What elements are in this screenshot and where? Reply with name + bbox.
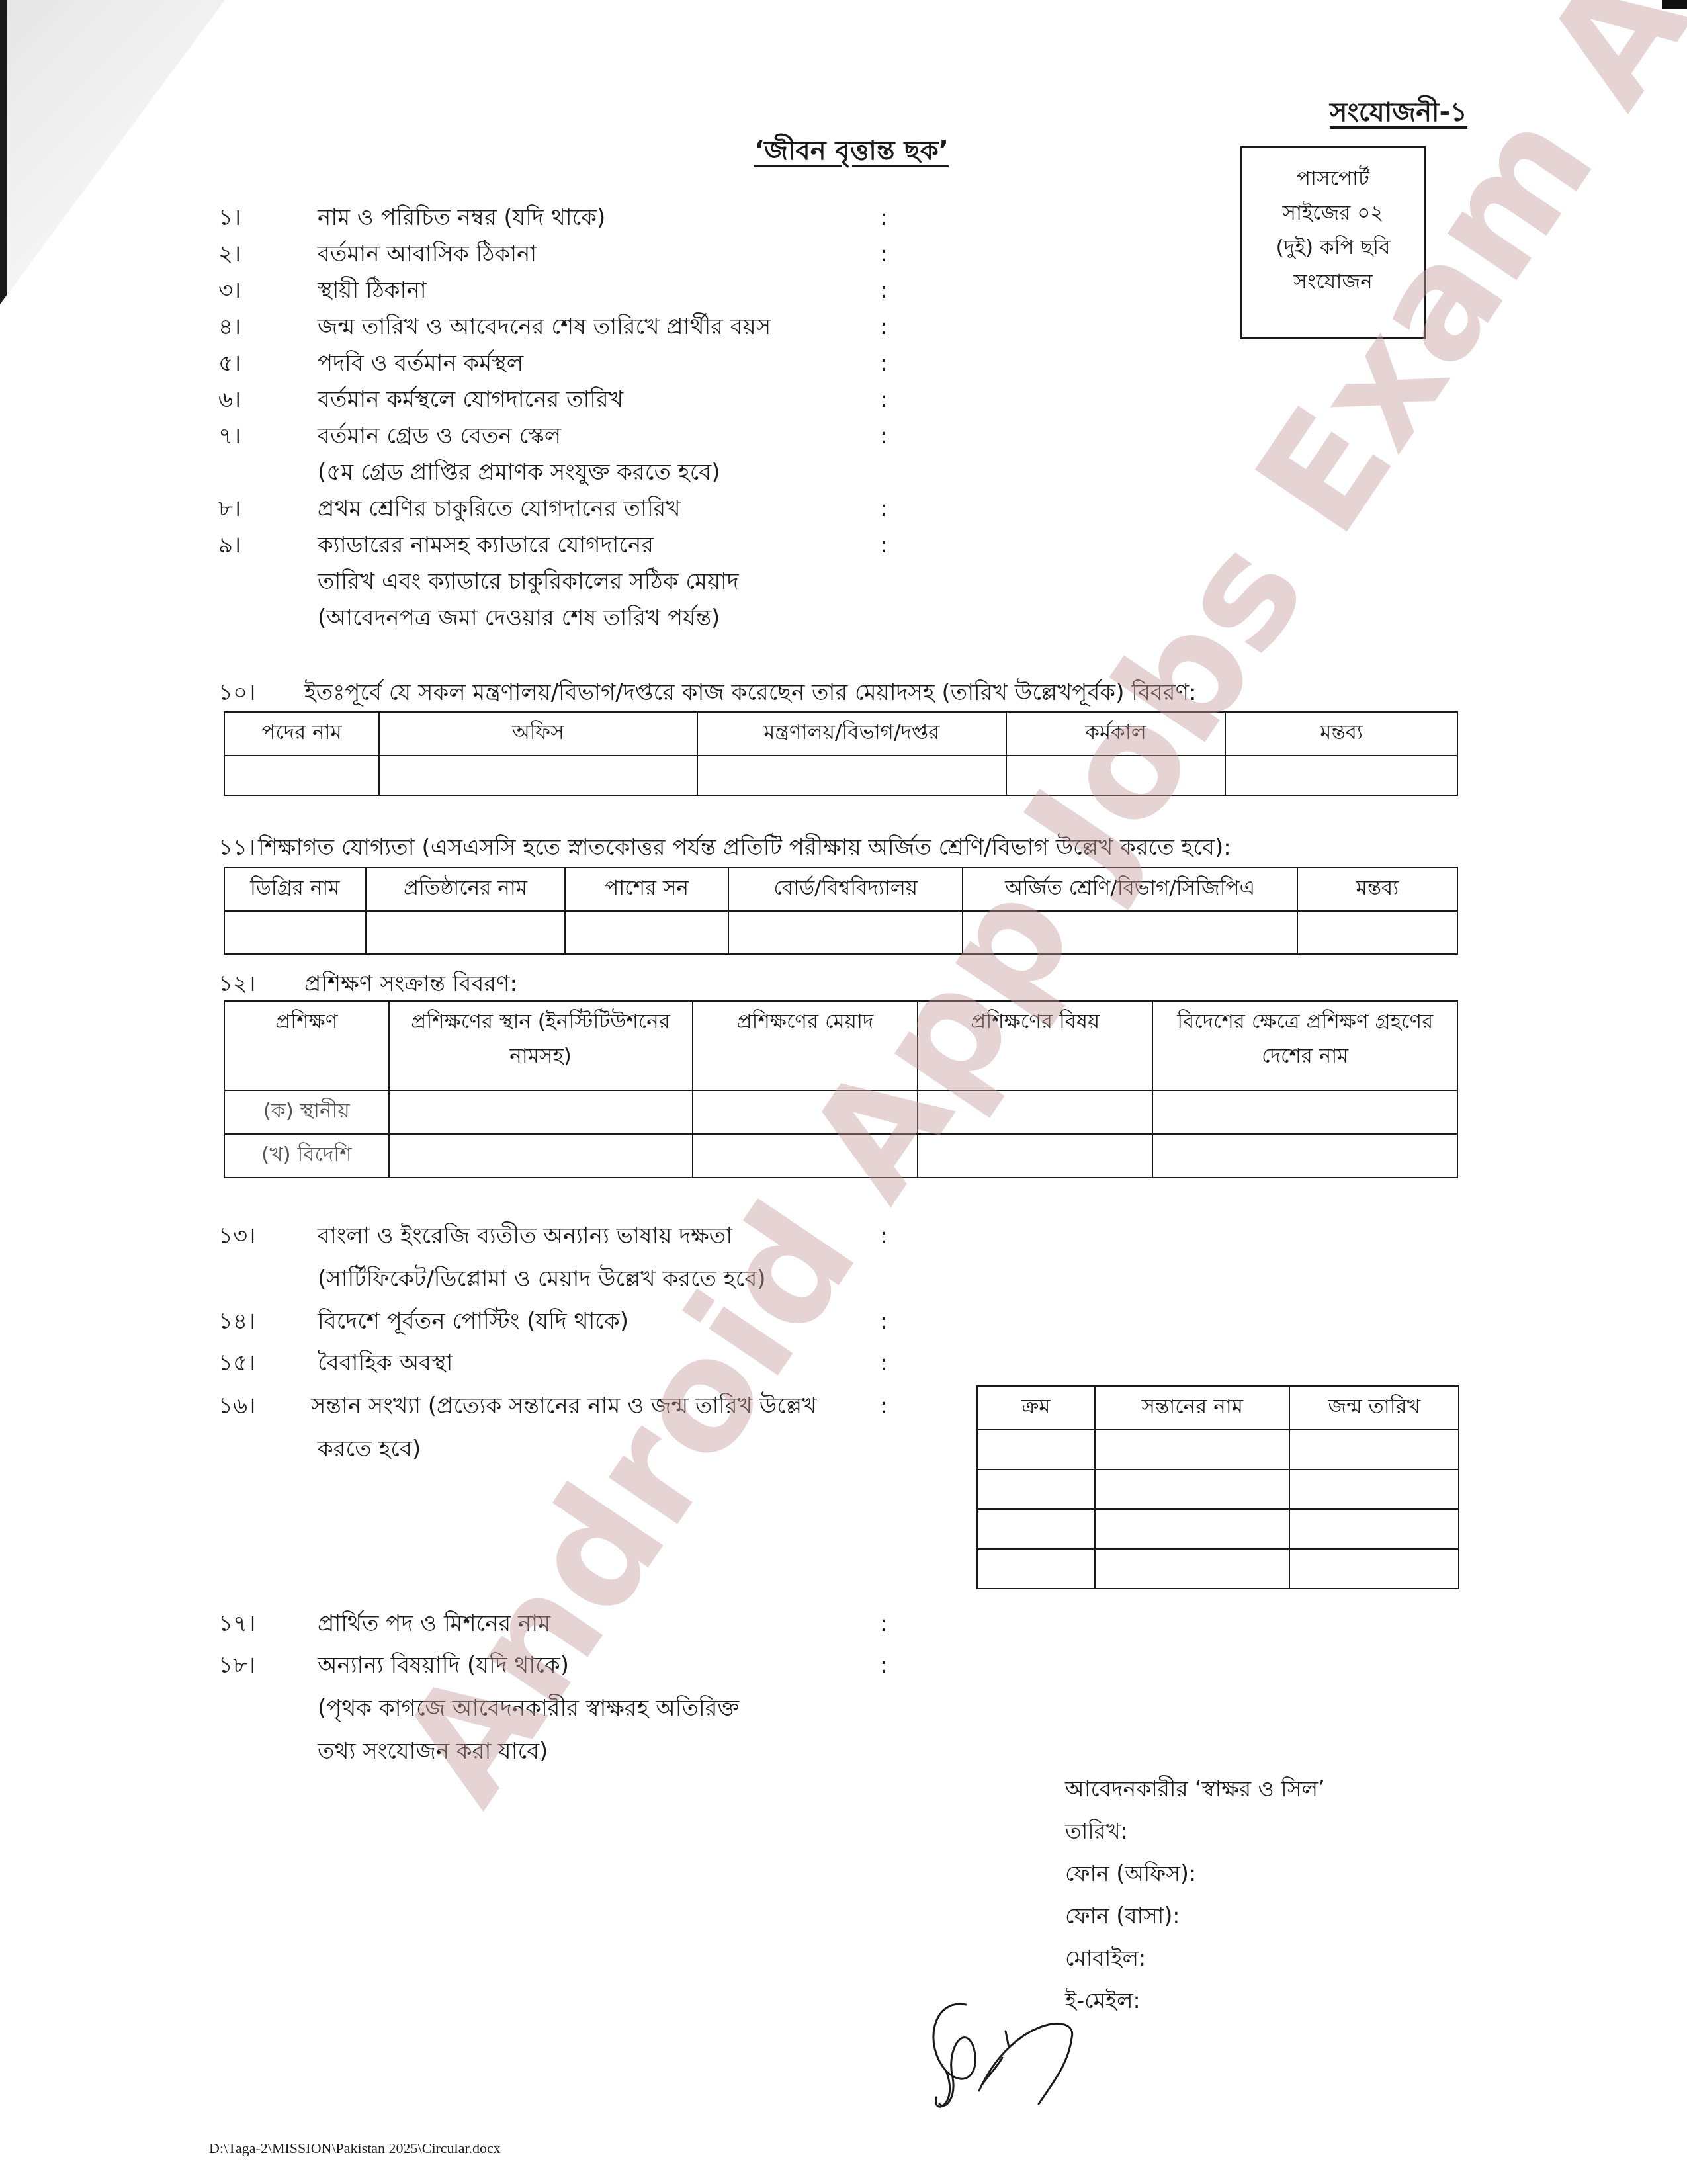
photo-box-line: পাসপোর্ট xyxy=(1242,161,1424,196)
handwritten-signature xyxy=(920,1991,1092,2117)
empty-input-cell[interactable] xyxy=(565,911,728,954)
item-number: ৪। xyxy=(218,309,284,345)
email-label: ই-মেইল: xyxy=(1065,1980,1325,2022)
column-header: ডিগ্রির নাম xyxy=(224,867,366,911)
empty-input-cell[interactable] xyxy=(379,756,697,795)
item-number: ১০। xyxy=(218,676,304,709)
empty-input-cell[interactable] xyxy=(1297,911,1457,954)
item-number: ৩। xyxy=(218,273,284,309)
item-colon: : xyxy=(880,1218,887,1254)
empty-input-cell[interactable] xyxy=(693,1090,918,1134)
empty-input-cell[interactable] xyxy=(1289,1469,1459,1509)
children-table: ক্রমসন্তানের নামজন্ম তারিখ xyxy=(976,1385,1459,1589)
empty-input-cell[interactable] xyxy=(697,756,1006,795)
item-7-note: (৫ম গ্রেড প্রাপ্তির প্রমাণক সংযুক্ত করতে… xyxy=(318,455,720,491)
empty-input-cell[interactable] xyxy=(977,1549,1095,1589)
table-row xyxy=(224,756,1457,795)
empty-input-cell[interactable] xyxy=(1095,1430,1290,1469)
scanned-page: সংযোজনী-১ ‘জীবন বৃত্তান্ত ছক’ পাসপোর্ট স… xyxy=(0,0,1687,2184)
empty-input-cell[interactable] xyxy=(389,1090,693,1134)
training-table: প্রশিক্ষণপ্রশিক্ষণের স্থান (ইনস্টিটিউশনে… xyxy=(224,1000,1458,1178)
item-number: ১৪। xyxy=(218,1303,284,1340)
column-header: মন্তব্য xyxy=(1225,712,1457,756)
item-label: বর্তমান আবাসিক ঠিকানা xyxy=(318,236,537,273)
table-header-row: ডিগ্রির নামপ্রতিষ্ঠানের নামপাশের সনবোর্ড… xyxy=(224,867,1457,911)
empty-input-cell[interactable] xyxy=(224,911,366,954)
column-header: প্রশিক্ষণের মেয়াদ xyxy=(693,1001,918,1090)
item-colon: : xyxy=(880,1345,887,1381)
mobile-label: মোবাইল: xyxy=(1065,1937,1325,1980)
item-number: ১৭। xyxy=(218,1606,284,1642)
item-colon: : xyxy=(880,418,887,455)
column-header: কর্মকাল xyxy=(1006,712,1225,756)
section-heading-text: প্রশিক্ষণ সংক্রান্ত বিবরণ: xyxy=(304,971,517,997)
item-number: ৮। xyxy=(218,491,284,527)
item-18-note-1: (পৃথক কাগজে আবেদনকারীর স্বাক্ষরহ অতিরিক্… xyxy=(318,1690,739,1727)
item-number: ১১। xyxy=(218,831,258,864)
column-header: পাশের সন xyxy=(565,867,728,911)
photo-box-line: (দুই) কপি ছবি xyxy=(1242,230,1424,265)
column-header: অর্জিত শ্রেণি/বিভাগ/সিজিপিএ xyxy=(963,867,1297,911)
photo-box: পাসপোর্ট সাইজের ০২ (দুই) কপি ছবি সংযোজন xyxy=(1240,146,1426,339)
column-header: প্রশিক্ষণের বিষয় xyxy=(918,1001,1152,1090)
item-label: জন্ম তারিখ ও আবেদনের শেষ তারিখে প্রার্থী… xyxy=(318,309,771,345)
date-field-label: তারিখ: xyxy=(1065,1810,1325,1853)
item-label: নাম ও পরিচিত নম্বর (যদি থাকে) xyxy=(318,200,605,236)
empty-input-cell[interactable] xyxy=(1225,756,1457,795)
section-10-heading: ১০।ইতঃপূর্বে যে সকল মন্ত্রণালয়/বিভাগ/দপ… xyxy=(218,676,1197,709)
row-label-cell: (ক) স্থানীয় xyxy=(224,1090,389,1134)
table-row xyxy=(977,1549,1459,1589)
column-header: অফিস xyxy=(379,712,697,756)
item-16-note: করতে হবে) xyxy=(318,1431,421,1467)
item-label: বিদেশে পূর্বতন পোস্টিং (যদি থাকে) xyxy=(318,1303,628,1340)
photo-box-line: সংযোজন xyxy=(1242,265,1424,299)
column-header: প্রতিষ্ঠানের নাম xyxy=(366,867,566,911)
item-colon: : xyxy=(880,382,887,418)
item-number: ১২। xyxy=(218,967,304,1000)
folded-corner xyxy=(0,0,225,304)
education-table: ডিগ্রির নামপ্রতিষ্ঠানের নামপাশের সনবোর্ড… xyxy=(224,867,1458,955)
item-colon: : xyxy=(880,1303,887,1340)
table-header-row: ক্রমসন্তানের নামজন্ম তারিখ xyxy=(977,1386,1459,1430)
empty-input-cell[interactable] xyxy=(1289,1430,1459,1469)
empty-input-cell[interactable] xyxy=(693,1134,918,1178)
column-header: পদের নাম xyxy=(224,712,379,756)
table-row: (খ) বিদেশি xyxy=(224,1134,1457,1178)
empty-input-cell[interactable] xyxy=(1152,1134,1457,1178)
signature-heading: আবেদনকারীর ‘স্বাক্ষর ও সিল’ xyxy=(1065,1768,1325,1810)
item-number: ১৬। xyxy=(218,1388,284,1424)
item-9-note-1: তারিখ এবং ক্যাডারে চাকুরিকালের সঠিক মেয়… xyxy=(318,564,739,600)
item-colon: : xyxy=(880,273,887,309)
item-13-note: (সার্টিফিকেট/ডিপ্লোমা ও মেয়াদ উল্লেখ কর… xyxy=(318,1261,766,1297)
section-heading-text: শিক্ষাগত যোগ্যতা (এসএসসি হতে স্নাতকোত্তর… xyxy=(258,834,1231,861)
item-label: বর্তমান গ্রেড ও বেতন স্কেল xyxy=(318,418,561,455)
item-label: অন্যান্য বিষয়াদি (যদি থাকে) xyxy=(318,1647,569,1684)
office-phone-label: ফোন (অফিস): xyxy=(1065,1853,1325,1895)
item-18-note-2: তথ্য সংযোজন করা যাবে) xyxy=(318,1733,548,1770)
empty-input-cell[interactable] xyxy=(1289,1509,1459,1549)
empty-input-cell[interactable] xyxy=(977,1469,1095,1509)
table-header-row: পদের নামঅফিসমন্ত্রণালয়/বিভাগ/দপ্তরকর্মক… xyxy=(224,712,1457,756)
item-label: স্থায়ী ঠিকানা xyxy=(318,273,427,309)
section-12-heading: ১২।প্রশিক্ষণ সংক্রান্ত বিবরণ: xyxy=(218,967,517,1000)
file-path-footer: D:\Taga-2\MISSION\Pakistan 2025\Circular… xyxy=(209,2140,501,2157)
empty-input-cell[interactable] xyxy=(1152,1090,1457,1134)
item-number: ১। xyxy=(218,200,284,236)
empty-input-cell[interactable] xyxy=(1095,1469,1290,1509)
annex-label: সংযোজনী-১ xyxy=(1330,91,1467,136)
item-colon: : xyxy=(880,236,887,273)
empty-input-cell[interactable] xyxy=(977,1509,1095,1549)
item-number: ১৫। xyxy=(218,1345,284,1381)
column-header: প্রশিক্ষণের স্থান (ইনস্টিটিউশনের নামসহ) xyxy=(389,1001,693,1090)
item-colon: : xyxy=(880,1647,887,1684)
table-header-row: প্রশিক্ষণপ্রশিক্ষণের স্থান (ইনস্টিটিউশনে… xyxy=(224,1001,1457,1090)
item-colon: : xyxy=(880,1606,887,1642)
item-colon: : xyxy=(880,200,887,236)
item-label: বর্তমান কর্মস্থলে যোগদানের তারিখ xyxy=(318,382,623,418)
table-row xyxy=(977,1509,1459,1549)
column-header: প্রশিক্ষণ xyxy=(224,1001,389,1090)
empty-input-cell[interactable] xyxy=(224,756,379,795)
table-row xyxy=(224,911,1457,954)
item-9-note-2: (আবেদনপত্র জমা দেওয়ার শেষ তারিখ পর্যন্ত… xyxy=(318,600,720,636)
column-header: জন্ম তারিখ xyxy=(1289,1386,1459,1430)
item-label: বৈবাহিক অবস্থা xyxy=(318,1345,453,1381)
table-row xyxy=(977,1469,1459,1509)
item-colon: : xyxy=(880,527,887,564)
section-heading-text: ইতঃপূর্বে যে সকল মন্ত্রণালয়/বিভাগ/দপ্তর… xyxy=(304,679,1197,706)
item-label: প্রার্থিত পদ ও মিশনের নাম xyxy=(318,1606,550,1642)
scan-edge xyxy=(1662,0,1687,9)
empty-input-cell[interactable] xyxy=(389,1134,693,1178)
item-number: ৭। xyxy=(218,418,284,455)
empty-input-cell[interactable] xyxy=(1006,756,1225,795)
item-number: ২। xyxy=(218,236,284,273)
item-label: পদবি ও বর্তমান কর্মস্থল xyxy=(318,345,523,382)
column-header: বোর্ড/বিশ্ববিদ্যালয় xyxy=(728,867,963,911)
item-number: ১৩। xyxy=(218,1218,284,1254)
item-label: ক্যাডারের নামসহ ক্যাডারে যোগদানের xyxy=(318,527,654,564)
empty-input-cell[interactable] xyxy=(728,911,963,954)
column-header: মন্তব্য xyxy=(1297,867,1457,911)
item-number: ৬। xyxy=(218,382,284,418)
item-colon: : xyxy=(880,345,887,382)
section-11-heading: ১১।শিক্ষাগত যোগ্যতা (এসএসসি হতে স্নাতকোত… xyxy=(218,831,1231,864)
empty-input-cell[interactable] xyxy=(1095,1509,1290,1549)
empty-input-cell[interactable] xyxy=(918,1134,1152,1178)
item-colon: : xyxy=(880,1388,887,1424)
empty-input-cell[interactable] xyxy=(918,1090,1152,1134)
item-label: সন্তান সংখ্যা (প্রত্যেক সন্তানের নাম ও জ… xyxy=(311,1388,817,1424)
item-label: বাংলা ও ইংরেজি ব্যতীত অন্যান্য ভাষায় দক… xyxy=(318,1218,732,1254)
row-label-cell: (খ) বিদেশি xyxy=(224,1134,389,1178)
table-row xyxy=(977,1430,1459,1469)
home-phone-label: ফোন (বাসা): xyxy=(1065,1895,1325,1937)
empty-input-cell[interactable] xyxy=(1289,1549,1459,1589)
empty-input-cell[interactable] xyxy=(963,911,1297,954)
empty-input-cell[interactable] xyxy=(1095,1549,1290,1589)
column-header: ক্রম xyxy=(977,1386,1095,1430)
empty-input-cell[interactable] xyxy=(366,911,566,954)
column-header: সন্তানের নাম xyxy=(1095,1386,1290,1430)
empty-input-cell[interactable] xyxy=(977,1430,1095,1469)
photo-box-line: সাইজের ০২ xyxy=(1242,196,1424,230)
signature-block: আবেদনকারীর ‘স্বাক্ষর ও সিল’ তারিখ: ফোন (… xyxy=(1065,1768,1325,2022)
item-colon: : xyxy=(880,309,887,345)
item-colon: : xyxy=(880,491,887,527)
item-number: ১৮। xyxy=(218,1647,284,1684)
column-header: বিদেশের ক্ষেত্রে প্রশিক্ষণ গ্রহণের দেশের… xyxy=(1152,1001,1457,1090)
table-row: (ক) স্থানীয় xyxy=(224,1090,1457,1134)
form-title: ‘জীবন বৃত্তান্ত ছক’ xyxy=(754,130,949,174)
item-label: প্রথম শ্রেণির চাকুরিতে যোগদানের তারিখ xyxy=(318,491,681,527)
column-header: মন্ত্রণালয়/বিভাগ/দপ্তর xyxy=(697,712,1006,756)
work-history-table: পদের নামঅফিসমন্ত্রণালয়/বিভাগ/দপ্তরকর্মক… xyxy=(224,711,1458,796)
item-number: ৫। xyxy=(218,345,284,382)
item-number: ৯। xyxy=(218,527,284,564)
